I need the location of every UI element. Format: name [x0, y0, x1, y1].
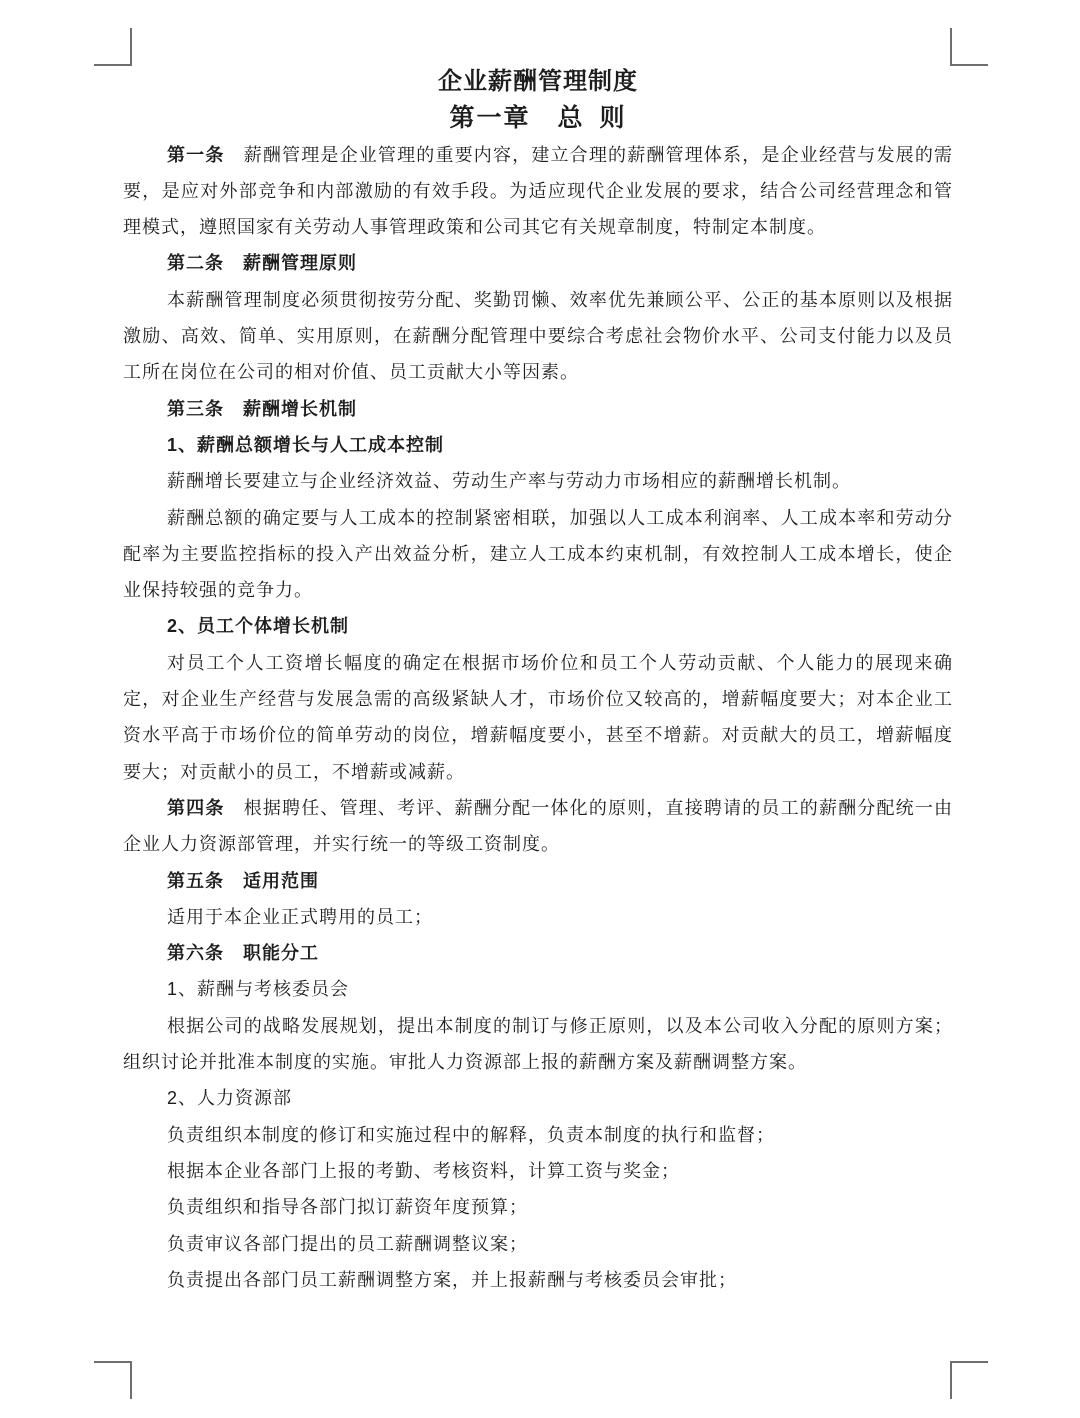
body-paragraph: 根据本企业各部门上报的考勤、考核资料，计算工资与奖金；	[123, 1153, 953, 1189]
section-heading: 第六条 职能分工	[123, 935, 953, 971]
document-page: 企业薪酬管理制度 第一章 总 则 第一条 薪酬管理是企业管理的重要内容，建立合理…	[0, 0, 1080, 1418]
margin-crop-mark-top-right	[950, 28, 988, 66]
body-paragraph: 根据公司的战略发展规划，提出本制度的制订与修正原则，以及本公司收入分配的原则方案…	[123, 1008, 953, 1081]
text-run: 负责组织本制度的修订和实施过程中的解释，负责本制度的执行和监督；	[167, 1125, 775, 1145]
section-heading: 第二条 薪酬管理原则	[123, 245, 953, 281]
bold-text-run: 第四条	[167, 798, 225, 818]
margin-crop-mark-top-left	[94, 28, 132, 66]
text-run: 薪酬总额的确定要与人工成本的控制紧密相联，加强以人工成本利润率、人工成本率和劳动…	[123, 508, 953, 601]
bold-text-run: 第三条 薪酬增长机制	[167, 399, 357, 419]
text-run: 负责组织和指导各部门拟订薪资年度预算；	[167, 1197, 528, 1217]
bold-text-run: 第二条 薪酬管理原则	[167, 253, 357, 273]
margin-crop-mark-bottom-right	[950, 1361, 988, 1399]
bold-text-run: 2、员工个体增长机制	[167, 616, 349, 636]
text-run: 本薪酬管理制度必须贯彻按劳分配、奖勤罚懒、效率优先兼顾公平、公正的基本原则以及根…	[123, 290, 953, 383]
body-paragraph: 薪酬增长要建立与企业经济效益、劳动生产率与劳动力市场相应的薪酬增长机制。	[123, 463, 953, 499]
document-title: 企业薪酬管理制度	[123, 64, 953, 100]
body-paragraph: 第一条 薪酬管理是企业管理的重要内容，建立合理的薪酬管理体系，是企业经营与发展的…	[123, 137, 953, 246]
text-run: 负责提出各部门员工薪酬调整方案，并上报薪酬与考核委员会审批；	[167, 1270, 737, 1290]
body-paragraph: 负责组织和指导各部门拟订薪资年度预算；	[123, 1189, 953, 1225]
text-run: 根据本企业各部门上报的考勤、考核资料，计算工资与奖金；	[167, 1161, 680, 1181]
body-paragraph: 第四条 根据聘任、管理、考评、薪酬分配一体化的原则，直接聘请的员工的薪酬分配统一…	[123, 790, 953, 863]
body-paragraph: 本薪酬管理制度必须贯彻按劳分配、奖勤罚懒、效率优先兼顾公平、公正的基本原则以及根…	[123, 282, 953, 391]
body-paragraph: 薪酬总额的确定要与人工成本的控制紧密相联，加强以人工成本利润率、人工成本率和劳动…	[123, 500, 953, 609]
bold-text-run: 1、薪酬总额增长与人工成本控制	[167, 435, 444, 455]
section-heading: 2、员工个体增长机制	[123, 608, 953, 644]
text-run: 适用于本企业正式聘用的员工；	[167, 907, 433, 927]
section-heading: 1、薪酬总额增长与人工成本控制	[123, 427, 953, 463]
body-paragraph: 对员工个人工资增长幅度的确定在根据市场价位和员工个人劳动贡献、个人能力的展现来确…	[123, 645, 953, 790]
text-run: 对员工个人工资增长幅度的确定在根据市场价位和员工个人劳动贡献、个人能力的展现来确…	[123, 653, 953, 782]
section-heading: 第五条 适用范围	[123, 863, 953, 899]
body-paragraph: 2、人力资源部	[123, 1080, 953, 1116]
body-paragraph: 1、薪酬与考核委员会	[123, 971, 953, 1007]
body-paragraph: 负责组织本制度的修订和实施过程中的解释，负责本制度的执行和监督；	[123, 1117, 953, 1153]
text-run: 1、薪酬与考核委员会	[167, 979, 349, 999]
section-heading: 第三条 薪酬增长机制	[123, 391, 953, 427]
document-body: 第一条 薪酬管理是企业管理的重要内容，建立合理的薪酬管理体系，是企业经营与发展的…	[123, 137, 953, 1299]
text-run: 负责审议各部门提出的员工薪酬调整议案；	[167, 1234, 528, 1254]
body-paragraph: 负责审议各部门提出的员工薪酬调整议案；	[123, 1226, 953, 1262]
bold-text-run: 第五条 适用范围	[167, 871, 319, 891]
text-run: 根据聘任、管理、考评、薪酬分配一体化的原则，直接聘请的员工的薪酬分配统一由企业人…	[123, 798, 953, 854]
body-paragraph: 负责提出各部门员工薪酬调整方案，并上报薪酬与考核委员会审批；	[123, 1262, 953, 1298]
text-run: 薪酬管理是企业管理的重要内容，建立合理的薪酬管理体系，是企业经营与发展的需要，是…	[123, 145, 953, 238]
body-paragraph: 适用于本企业正式聘用的员工；	[123, 899, 953, 935]
text-run: 2、人力资源部	[167, 1088, 292, 1108]
chapter-heading: 第一章 总 则	[123, 100, 953, 136]
margin-crop-mark-bottom-left	[94, 1361, 132, 1399]
text-run: 根据公司的战略发展规划，提出本制度的制订与修正原则，以及本公司收入分配的原则方案…	[123, 1016, 953, 1072]
document-content: 企业薪酬管理制度 第一章 总 则 第一条 薪酬管理是企业管理的重要内容，建立合理…	[123, 64, 953, 1298]
bold-text-run: 第六条 职能分工	[167, 943, 319, 963]
text-run: 薪酬增长要建立与企业经济效益、劳动生产率与劳动力市场相应的薪酬增长机制。	[167, 471, 851, 491]
bold-text-run: 第一条	[167, 145, 225, 165]
